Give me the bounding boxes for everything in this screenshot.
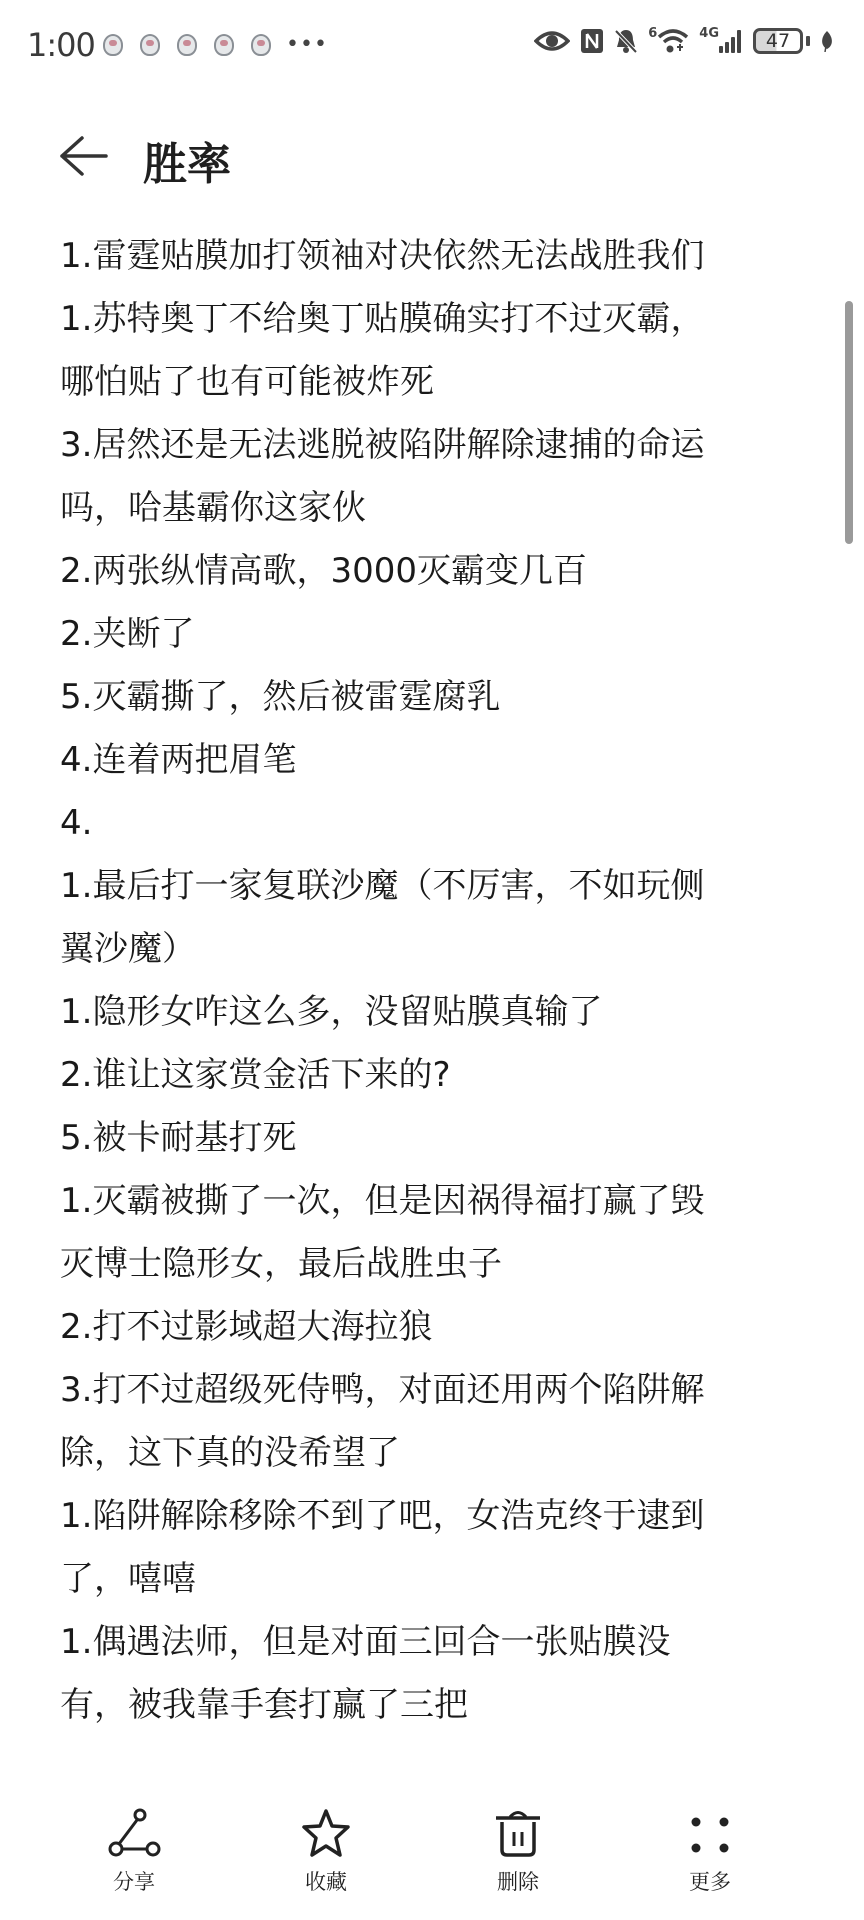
more-label: 更多 xyxy=(640,1866,780,1896)
note-line: 5.灭霸撕了，然后被雷霆腐乳 xyxy=(60,666,780,729)
signal-icon xyxy=(719,28,743,54)
share-icon xyxy=(106,1808,162,1858)
note-line: 2.夹断了 xyxy=(60,603,780,666)
note-line: 4. xyxy=(60,792,780,855)
delete-label: 删除 xyxy=(448,1866,588,1896)
note-line: 4.连着两把眉笔 xyxy=(60,729,780,792)
note-line: 1.苏特奥丁不给奥丁贴膜确实打不过灭霸， xyxy=(60,288,780,351)
mute-bell-icon xyxy=(614,28,638,54)
note-content[interactable]: 1.雷霆贴膜加打领袖对决依然无法战胜我们 1.苏特奥丁不给奥丁贴膜确实打不过灭霸… xyxy=(60,225,780,1737)
note-line: 3.打不过超级死侍鸭，对面还用两个陷阱解 xyxy=(60,1359,780,1422)
delete-button[interactable]: 删除 xyxy=(448,1780,588,1900)
header: 胜率 xyxy=(0,110,864,200)
note-line: 吗，哈基霸你这家伙 xyxy=(60,477,780,540)
notification-icons: ••• xyxy=(103,32,328,57)
battery-icon: 47 xyxy=(753,28,803,54)
scrollbar[interactable] xyxy=(845,301,853,544)
cellular-indicator: 4G xyxy=(699,28,743,54)
note-line: 翼沙魔） xyxy=(60,918,780,981)
note-line: 哪怕贴了也有可能被炸死 xyxy=(60,351,780,414)
note-line: 2.打不过影域超大海拉狼 xyxy=(60,1296,780,1359)
star-icon xyxy=(298,1808,354,1858)
cellular-label: 4G xyxy=(699,26,719,41)
note-line: 1.陷阱解除移除不到了吧，女浩克终于逮到 xyxy=(60,1485,780,1548)
app-notification-icon xyxy=(214,34,234,56)
trash-icon xyxy=(490,1808,546,1858)
note-line: 了，嘻嘻 xyxy=(60,1548,780,1611)
note-line: 2.两张纵情高歌，3000灭霸变几百 xyxy=(60,540,780,603)
note-line: 1.最后打一家复联沙魔（不厉害，不如玩侧 xyxy=(60,855,780,918)
share-button[interactable]: 分享 xyxy=(64,1780,204,1900)
favorite-label: 收藏 xyxy=(256,1866,396,1896)
leaf-icon xyxy=(820,30,834,52)
wifi-icon xyxy=(657,28,689,54)
back-button[interactable] xyxy=(58,134,110,178)
note-line: 3.居然还是无法逃脱被陷阱解除逮捕的命运 xyxy=(60,414,780,477)
eye-icon xyxy=(534,29,570,53)
note-line: 1.隐形女咋这么多，没留贴膜真输了 xyxy=(60,981,780,1044)
app-notification-icon xyxy=(251,34,271,56)
bottom-toolbar: 分享 收藏 删除 更多 xyxy=(0,1780,864,1900)
wifi-label: 6 xyxy=(648,26,657,41)
note-line: 1.灭霸被撕了一次，但是因祸得福打赢了毁 xyxy=(60,1170,780,1233)
battery-level: 47 xyxy=(766,30,790,52)
note-line: 有，被我靠手套打赢了三把 xyxy=(60,1674,780,1737)
system-icons: 6 4G 47 xyxy=(534,28,834,54)
share-label: 分享 xyxy=(64,1866,204,1896)
back-arrow-icon xyxy=(58,134,110,178)
note-line: 除，这下真的没希望了 xyxy=(60,1422,780,1485)
app-notification-icon xyxy=(177,34,197,56)
note-line: 2.谁让这家赏金活下来的? xyxy=(60,1044,780,1107)
more-dots-icon xyxy=(682,1808,738,1858)
page-title: 胜率 xyxy=(143,128,231,192)
battery-tip xyxy=(806,36,810,46)
more-notifications-icon: ••• xyxy=(286,32,328,57)
note-line: 灭博士隐形女，最后战胜虫子 xyxy=(60,1233,780,1296)
status-time: 1:00 xyxy=(27,26,95,64)
app-notification-icon xyxy=(140,34,160,56)
more-button[interactable]: 更多 xyxy=(640,1780,780,1900)
app-notification-icon xyxy=(103,34,123,56)
nfc-icon xyxy=(580,28,604,54)
note-line: 1.雷霆贴膜加打领袖对决依然无法战胜我们 xyxy=(60,225,780,288)
wifi-indicator: 6 xyxy=(648,28,689,54)
note-line: 1.偶遇法师，但是对面三回合一张贴膜没 xyxy=(60,1611,780,1674)
note-line: 5.被卡耐基打死 xyxy=(60,1107,780,1170)
status-bar: 1:00 ••• 6 4G 47 xyxy=(0,0,864,90)
favorite-button[interactable]: 收藏 xyxy=(256,1780,396,1900)
